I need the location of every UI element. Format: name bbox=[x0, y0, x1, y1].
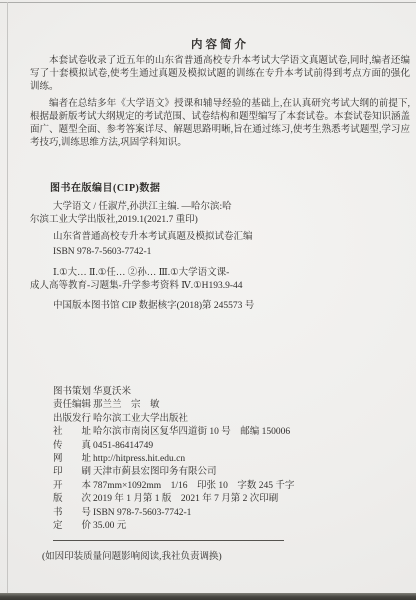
colophon-label: 版 次 bbox=[53, 493, 93, 506]
colophon-value: 2019 年 1 月第 1 版 2021 年 7 月第 2 次印刷 bbox=[93, 493, 278, 506]
colophon-label: 图书策划 bbox=[53, 386, 93, 399]
colophon-row: 印 刷 天津市蓟县宏图印务有限公司 bbox=[53, 466, 393, 479]
intro-paragraph: 本套试卷收录了近五年的山东省普通高校专升本考试大学语文真题试卷,同时,编者还编写… bbox=[30, 55, 410, 94]
colophon-label: 出版发行 bbox=[53, 413, 93, 426]
colophon-value: 787mm×1092mm 1/16 印张 10 字数 245 千字 bbox=[93, 480, 294, 493]
colophon-value: 哈尔滨工业大学出版社 bbox=[93, 413, 188, 426]
colophon-value: 35.00 元 bbox=[93, 520, 126, 533]
colophon-label: 责任编辑 bbox=[53, 399, 93, 412]
cip-line: 大学语文 / 任淑芹,孙洪江主编. —哈尔滨:哈 bbox=[30, 201, 370, 214]
cip-block: 大学语文 / 任淑芹,孙洪江主编. —哈尔滨:哈 尔滨工业大学出版社,2019.… bbox=[30, 201, 370, 313]
colophon-value: 那兰兰 宗 敏 bbox=[93, 399, 160, 412]
cip-line: 尔滨工业大学出版社,2019.1(2021.7 重印) bbox=[30, 214, 370, 227]
colophon-block: 图书策划 华夏沃米 责任编辑 那兰兰 宗 敏 出版发行 哈尔滨工业大学出版社 社… bbox=[53, 386, 393, 533]
page-bottom-edge bbox=[0, 593, 416, 600]
colophon-value: 哈尔滨市南岗区复华四道街 10 号 邮编 150006 bbox=[93, 426, 290, 439]
colophon-value: 华夏沃米 bbox=[93, 386, 131, 399]
intro-paragraph: 编者在总结多年《大学语文》授课和辅导经验的基础上,在认真研究考试大纲的前提下,根… bbox=[30, 98, 410, 150]
colophon-row: 社 址 哈尔滨市南岗区复华四道街 10 号 邮编 150006 bbox=[53, 426, 393, 439]
intro-title: 内容简介 bbox=[30, 36, 410, 52]
colophon-row: 网 址 http://hitpress.hit.edu.cn bbox=[53, 453, 393, 466]
colophon-row: 图书策划 华夏沃米 bbox=[53, 386, 393, 399]
colophon-label: 开 本 bbox=[53, 480, 93, 493]
colophon-row: 书 号 ISBN 978-7-5603-7742-1 bbox=[53, 507, 393, 520]
colophon-value: 天津市蓟县宏图印务有限公司 bbox=[93, 466, 217, 479]
copyright-page: 内容简介 本套试卷收录了近五年的山东省普通高校专升本考试大学语文真题试卷,同时,… bbox=[0, 0, 416, 600]
reprint-note: (如因印装质量问题影响阅读,我社负责调换) bbox=[42, 548, 222, 562]
colophon-value: http://hitpress.hit.edu.cn bbox=[93, 453, 185, 466]
intro-body: 本套试卷收录了近五年的山东省普通高校专升本考试大学语文真题试卷,同时,编者还编写… bbox=[30, 55, 410, 150]
cip-line: 山东省普通高校专升本考试真题及模拟试卷汇编 bbox=[30, 231, 370, 244]
colophon-label: 传 真 bbox=[53, 440, 93, 453]
colophon-row: 定 价 35.00 元 bbox=[53, 520, 393, 533]
colophon-row: 责任编辑 那兰兰 宗 敏 bbox=[53, 399, 393, 412]
colophon-label: 网 址 bbox=[53, 453, 93, 466]
page-left-edge bbox=[7, 2, 8, 593]
colophon-label: 定 价 bbox=[53, 520, 93, 533]
divider-rule bbox=[53, 540, 284, 541]
colophon-label: 书 号 bbox=[53, 507, 93, 520]
cip-line: ISBN 978-7-5603-7742-1 bbox=[30, 246, 370, 259]
colophon-row: 版 次 2019 年 1 月第 1 版 2021 年 7 月第 2 次印刷 bbox=[53, 493, 393, 506]
cip-line: 中国版本图书馆 CIP 数据核字(2018)第 245573 号 bbox=[30, 300, 370, 313]
colophon-label: 印 刷 bbox=[53, 466, 93, 479]
cip-line: 成人高等教育-习题集-升学参考资料 Ⅳ.①H193.9-44 bbox=[30, 280, 370, 293]
colophon-row: 开 本 787mm×1092mm 1/16 印张 10 字数 245 千字 bbox=[53, 480, 393, 493]
colophon-row: 传 真 0451-86414749 bbox=[53, 440, 393, 453]
colophon-label: 社 址 bbox=[53, 426, 93, 439]
colophon-value: ISBN 978-7-5603-7742-1 bbox=[93, 507, 191, 520]
cip-title: 图书在版编目(CIP)数据 bbox=[50, 179, 160, 194]
page-top-edge bbox=[0, 2, 416, 3]
cip-line: Ⅰ.①大… Ⅱ.①任… ②孙… Ⅲ.①大学语文课- bbox=[30, 267, 370, 280]
colophon-row: 出版发行 哈尔滨工业大学出版社 bbox=[53, 413, 393, 426]
colophon-value: 0451-86414749 bbox=[93, 440, 153, 453]
